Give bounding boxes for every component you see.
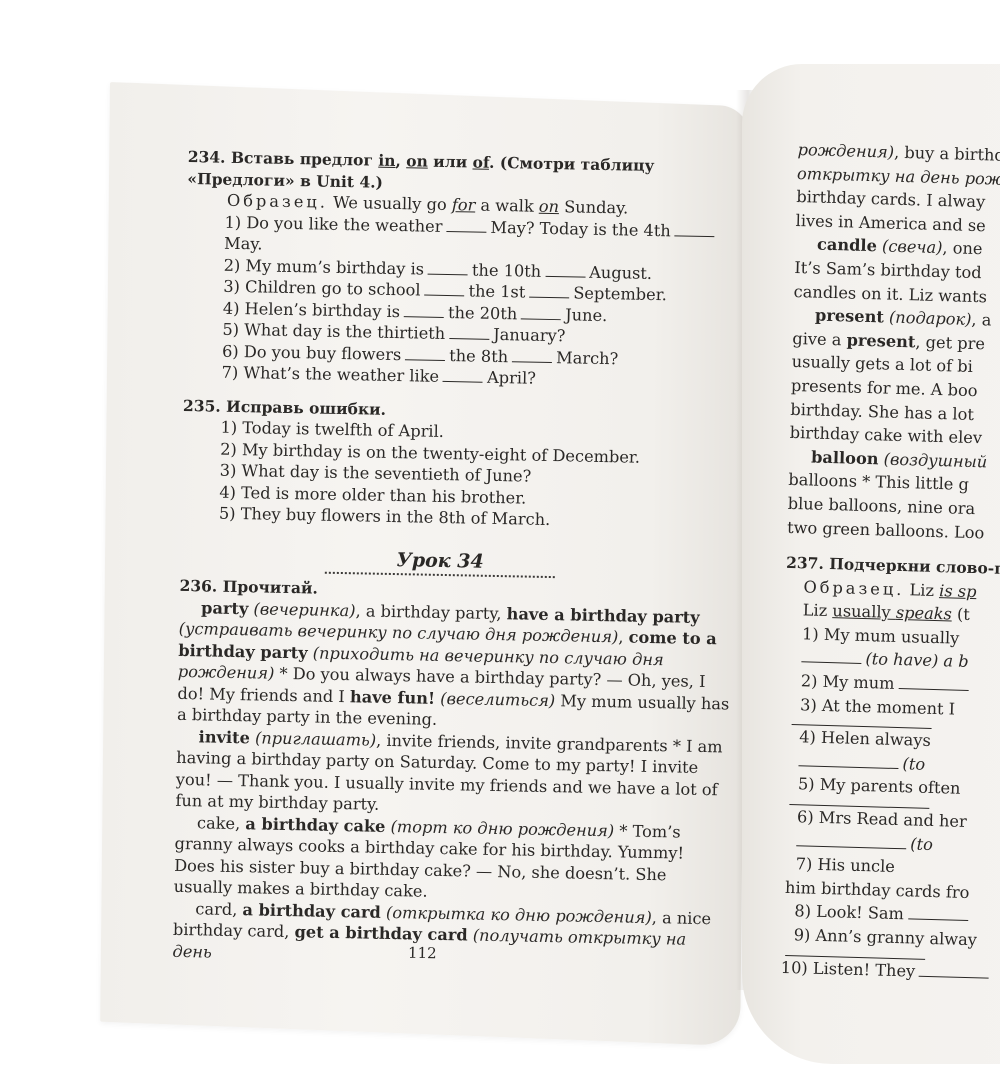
exercise-235: 235. Исправь ошибки. 1) Today is twelfth… (181, 394, 738, 534)
exercise-234: 234. Вставь предлог in, on или of. (Смот… (183, 146, 742, 393)
answer-blank[interactable] (446, 218, 486, 232)
answer-blank[interactable] (405, 347, 445, 361)
page-number: 112 (408, 944, 437, 963)
answer-blank[interactable] (798, 753, 898, 769)
answer-blank[interactable] (443, 369, 483, 383)
answer-blank[interactable] (512, 349, 552, 363)
right-page-content: рождения), buy a birthd открытку на день… (775, 138, 1000, 985)
vocab-cake: cake, a birthday cake (торт ко дню рожде… (174, 811, 731, 908)
vocab-party: party (вечеринка), a birthday party, hav… (177, 596, 734, 736)
answer-blank[interactable] (675, 223, 715, 237)
answer-blank[interactable] (796, 833, 906, 849)
vocab-card: card, a birthday card (открытка ко дню р… (172, 897, 728, 972)
answer-blank[interactable] (521, 306, 561, 320)
answer-blank[interactable] (908, 907, 968, 922)
answer-blank[interactable] (449, 326, 489, 340)
answer-blank[interactable] (529, 285, 569, 299)
answer-blank[interactable] (545, 263, 585, 277)
answer-blank[interactable] (919, 963, 989, 978)
exercise-236: 236. Прочитай. party (вечеринка), a birt… (172, 575, 734, 973)
answer-blank[interactable] (428, 261, 468, 275)
answer-blank[interactable] (424, 283, 464, 297)
left-page-content: 234. Вставь предлог in, on или of. (Смот… (172, 146, 743, 973)
answer-blank[interactable] (404, 304, 444, 318)
vocab-invite: invite (приглашать), invite friends, inv… (175, 725, 732, 822)
answer-blank[interactable] (898, 676, 968, 691)
answer-blank[interactable] (801, 650, 861, 665)
lesson-title: Урок 34 (325, 548, 555, 578)
